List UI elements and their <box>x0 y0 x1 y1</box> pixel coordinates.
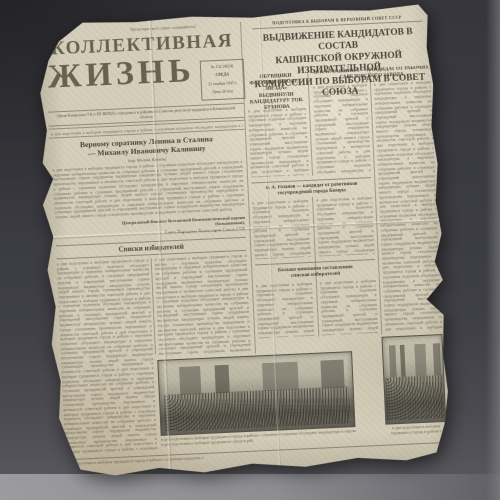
article-vnimanie-col1: в дни подготовки к выборам трудящиеся го… <box>256 282 314 338</box>
masthead-title-line2: ЖИЗНЬ <box>42 53 201 96</box>
spiski-column-right: в дни подготовки к выборам трудящиеся го… <box>155 254 251 356</box>
spiski-column-left: в дни подготовки к выборам трудящиеся го… <box>57 258 158 454</box>
issue-price: Цена 20 коп. <box>212 90 234 96</box>
article-vnimanie-col2: в дни подготовки к выборам трудящиеся го… <box>320 279 378 335</box>
issue-number: № 132 (4624) <box>211 64 234 70</box>
background-shading <box>486 0 500 500</box>
newspaper-page: Пролетарии всех стран, соединяйтесь! КОЛ… <box>30 1 456 484</box>
issue-date: 21 ноября 1945 г. <box>208 81 237 87</box>
photo-right-caption: в дни подготовки к выборам трудящиеся го… <box>386 424 447 437</box>
newspaper-sheet: Пролетарии всех стран, соединяйтесь! КОЛ… <box>30 1 456 484</box>
article-rozanov-title: Б. А. Розанов — кандидат от работников г… <box>251 181 371 198</box>
issue-info-box: № 132 (4624) СРЕДА 21 ноября 1945 г. Цен… <box>200 59 246 101</box>
issue-weekday: СРЕДА <box>215 73 229 78</box>
photo-demonstration-left <box>157 351 355 436</box>
article-kalinin-body: в дни подготовки к выборам трудящиеся го… <box>52 160 244 223</box>
article-bubnov-title: ОБУВЩИКИ ФАБРИКИ «ПРОЛЕТ. ЗВЕЗДА» ВЫДВИН… <box>246 72 306 112</box>
article-rozanov-col2: в дни подготовки к выборам трудящиеся го… <box>316 196 375 256</box>
photo-demonstration-right <box>381 334 446 425</box>
article-bubnov-body: в дни подготовки к выборам трудящиеся го… <box>248 107 309 178</box>
right-edge-column: в дни подготовки к выборам трудящиеся го… <box>374 80 442 332</box>
article-kuravshina-col1: в дни подготовки к выборам трудящиеся го… <box>313 83 371 175</box>
article-rozanov-col1: в дни подготовки к выборам трудящиеся го… <box>252 199 311 259</box>
